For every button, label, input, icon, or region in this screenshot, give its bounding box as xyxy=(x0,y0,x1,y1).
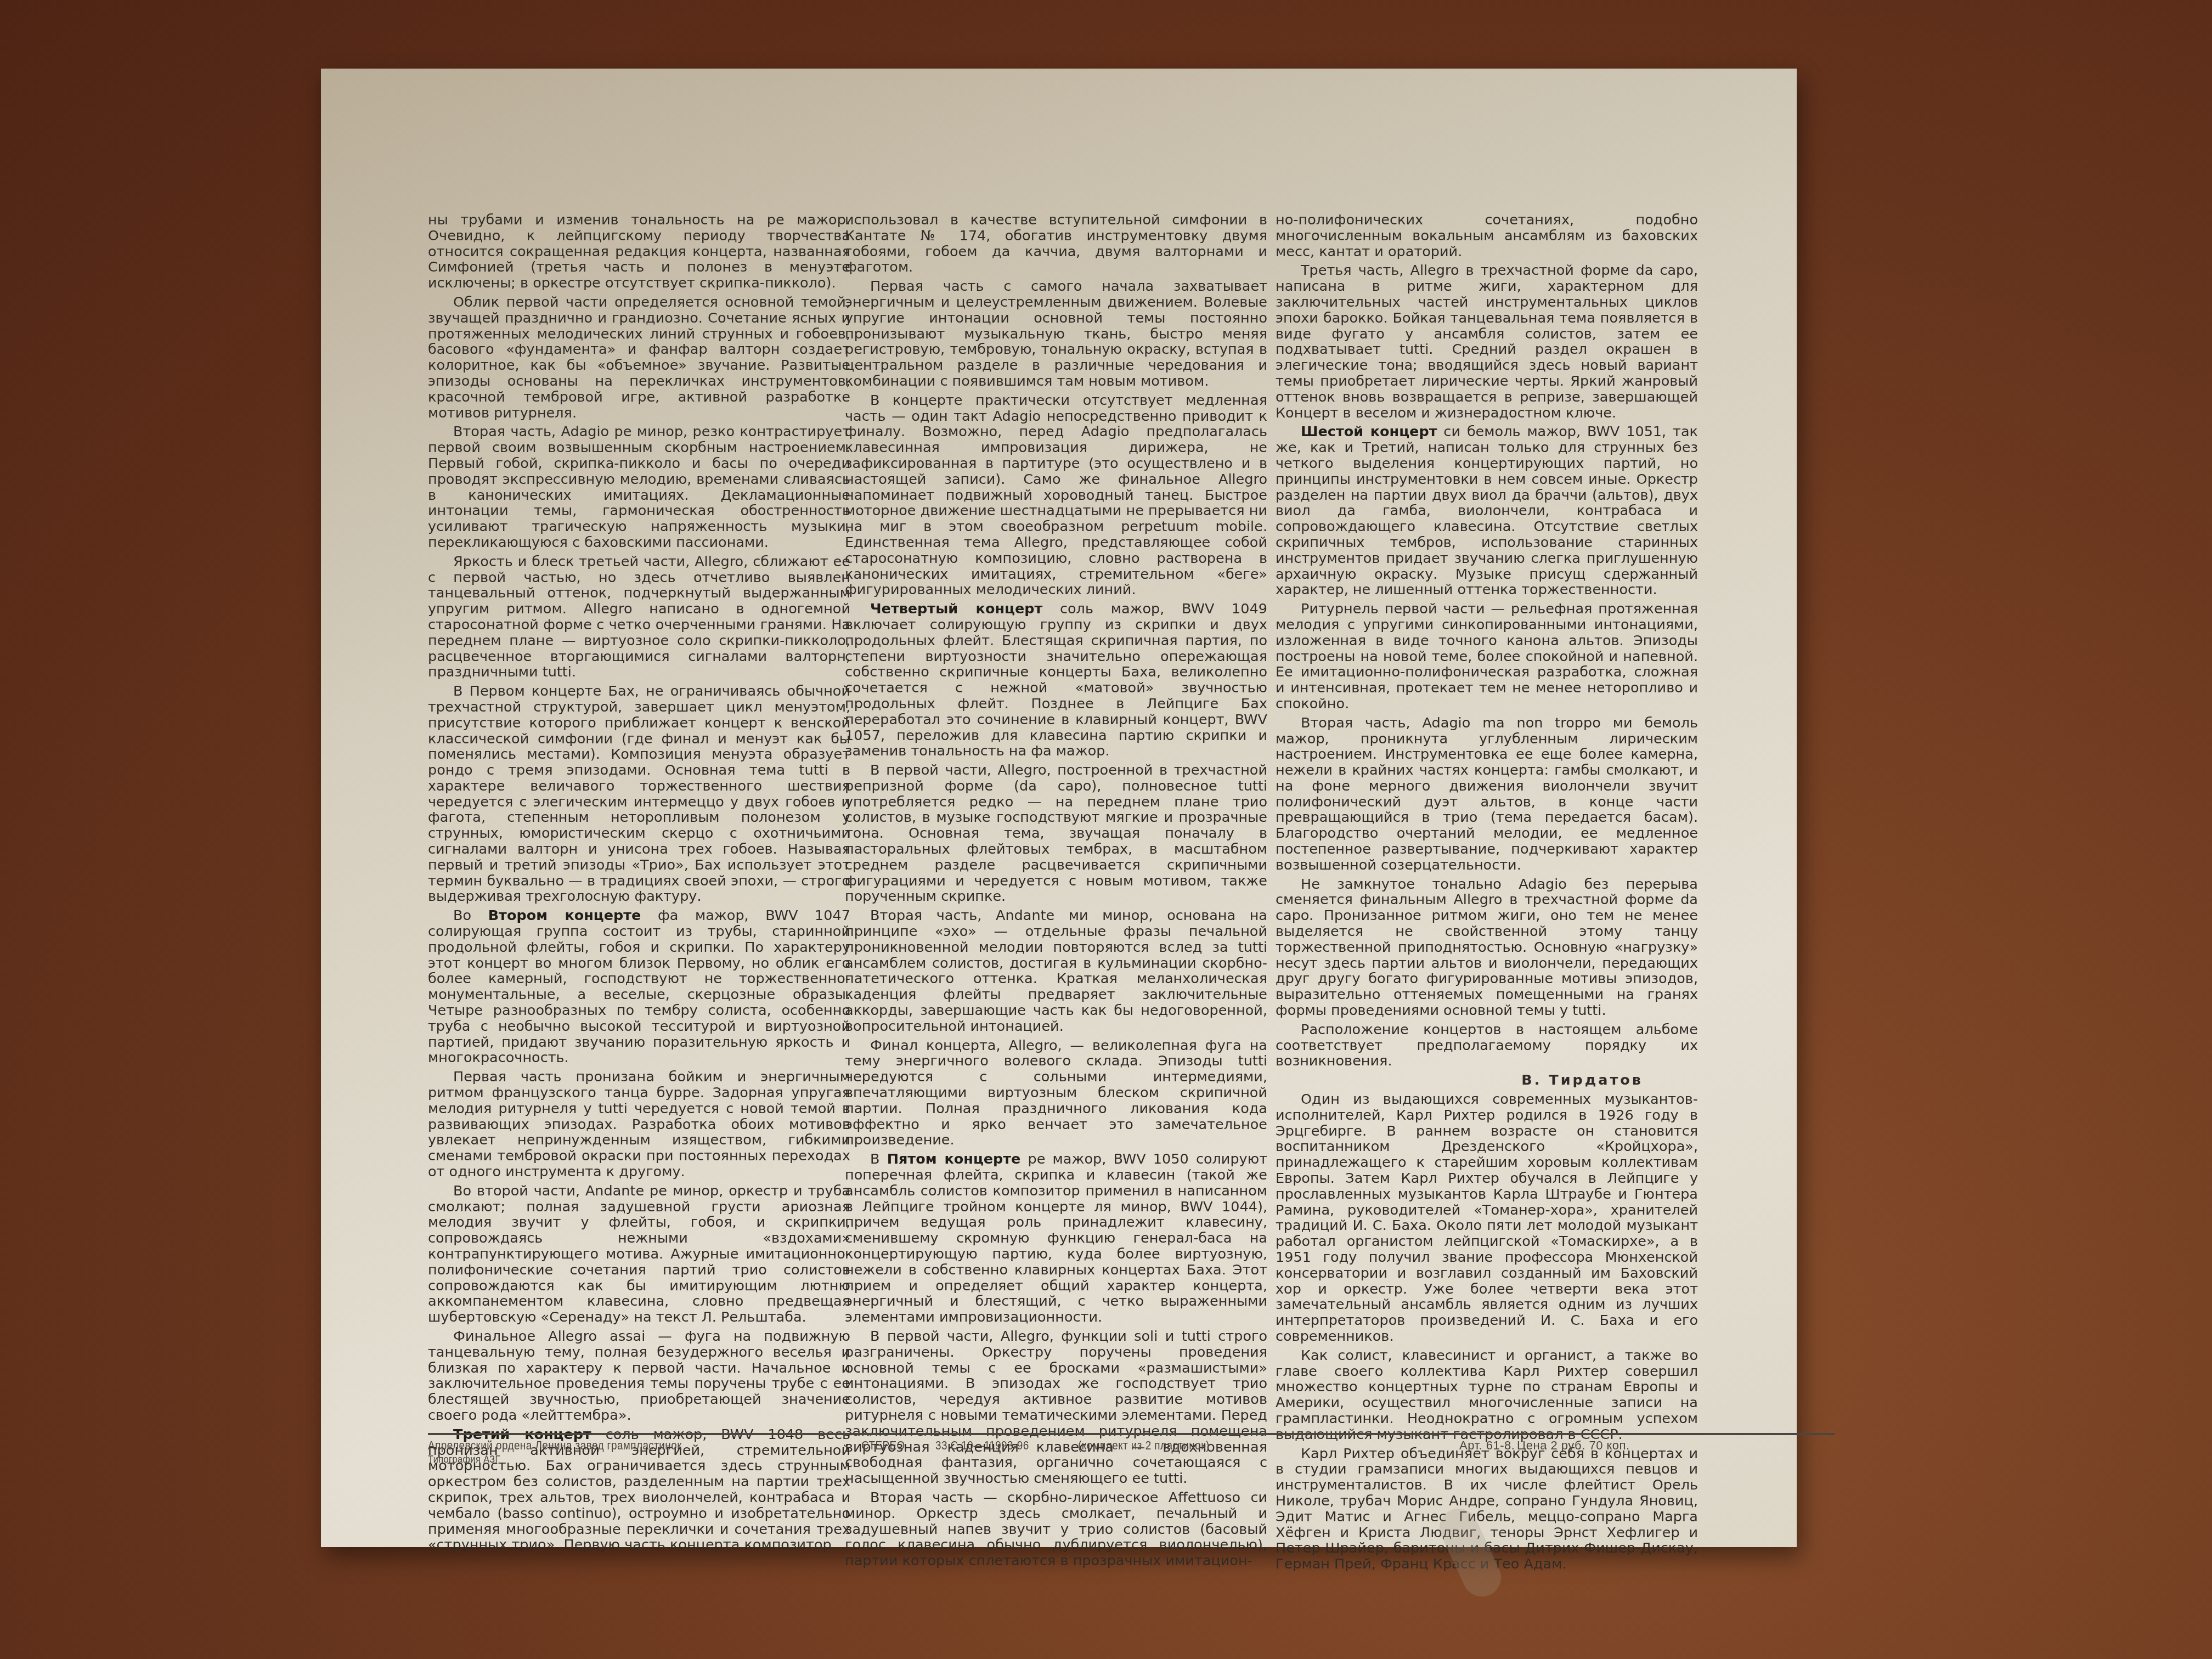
footer-catalog-number: 33 С 10—11993-96 xyxy=(935,1438,1029,1453)
liner-notes-column-2: использовал в качестве вступительной сим… xyxy=(845,212,1267,1449)
paragraph: Вторая часть, Adagio ma non troppo ми бе… xyxy=(1276,715,1698,873)
concerto-section-paragraph: Шестой концерт си бемоль мажор, BWV 1051… xyxy=(1276,424,1698,598)
paragraph: Один из выдающихся современных музыканто… xyxy=(1276,1092,1698,1345)
footer-price: Цена 2 руб. 70 коп. xyxy=(1517,1438,1630,1453)
concerto-heading: Втором концерте xyxy=(488,907,641,924)
footer-stereo: СТЕРЕО xyxy=(861,1438,905,1453)
paragraph: Третья часть, Allegro в трехчастной форм… xyxy=(1276,263,1698,421)
concerto-heading: Пятом концерте xyxy=(887,1151,1021,1167)
paragraph: Финал концерта, Allegro, — великолепная … xyxy=(845,1038,1267,1149)
paragraph: Вторая часть, Andante ми минор, основана… xyxy=(845,908,1267,1034)
paragraph: Первая часть пронизана бойким и энергичн… xyxy=(428,1069,850,1180)
concerto-section-paragraph: В Пятом концерте ре мажор, BWV 1050 соли… xyxy=(845,1152,1267,1325)
footer-set-note: (комплект из 2 пластинок) xyxy=(1078,1438,1210,1453)
paragraph: ны трубами и изменив тональность на ре м… xyxy=(428,212,850,291)
paragraph: Вторая часть, Adagio ре минор, резко кон… xyxy=(428,424,850,550)
concerto-section-paragraph: Четвертый концерт соль мажор, BWV 1049 в… xyxy=(845,601,1267,759)
paragraph: но-полифонических сочетаниях, подобно мн… xyxy=(1276,212,1698,259)
footer-divider xyxy=(428,1433,1835,1435)
paragraph: Во второй части, Andante ре минор, оркес… xyxy=(428,1183,850,1325)
paragraph: использовал в качестве вступительной сим… xyxy=(845,212,1267,275)
paragraph: Финальное Allegro assai — фуга на подвиж… xyxy=(428,1329,850,1424)
concerto-heading: Четвертый концерт xyxy=(870,601,1042,617)
paragraph: В первой части, Allegro, построенной в т… xyxy=(845,763,1267,905)
concerto-section-paragraph: Во Втором концерте фа мажор, BWV 1047 со… xyxy=(428,908,850,1066)
paragraph: В Первом концерте Бах, не ограничиваясь … xyxy=(428,684,850,905)
concerto-heading: Шестой концерт xyxy=(1301,424,1437,440)
footer-printer: Типография АЗГ xyxy=(428,1454,500,1466)
author-signature: В. Тирдатов xyxy=(1276,1073,1698,1088)
paragraph: Не замкнутое тонально Adagio без перерыв… xyxy=(1276,877,1698,1019)
paragraph: Яркость и блеск третьей части, Allegro, … xyxy=(428,554,850,680)
footer-article: Арт. 61-8. xyxy=(1459,1438,1515,1453)
liner-notes-column-1: ны трубами и изменив тональность на ре м… xyxy=(428,212,850,1449)
footer-manufacturer: Апрелевский ордена Ленина завод грамплас… xyxy=(428,1438,682,1453)
paragraph: Ритурнель первой части — рельефная протя… xyxy=(1276,601,1698,712)
paragraph: Первая часть с самого начала захватывает… xyxy=(845,279,1267,390)
paragraph: В концерте практически отсутствует медле… xyxy=(845,393,1267,598)
paragraph: Как солист, клавесинист и органист, а та… xyxy=(1276,1348,1698,1443)
paragraph: В первой части, Allegro, функции soli и … xyxy=(845,1329,1267,1487)
liner-notes-column-3: но-полифонических сочетаниях, подобно мн… xyxy=(1276,212,1698,1449)
paragraph: Расположение концертов в настоящем альбо… xyxy=(1276,1022,1698,1069)
paragraph: Вторая часть — скорбно-лирическое Affett… xyxy=(845,1490,1267,1569)
record-sleeve-back: ны трубами и изменив тональность на ре м… xyxy=(321,69,1797,1547)
paragraph: Облик первой части определяется основной… xyxy=(428,295,850,421)
